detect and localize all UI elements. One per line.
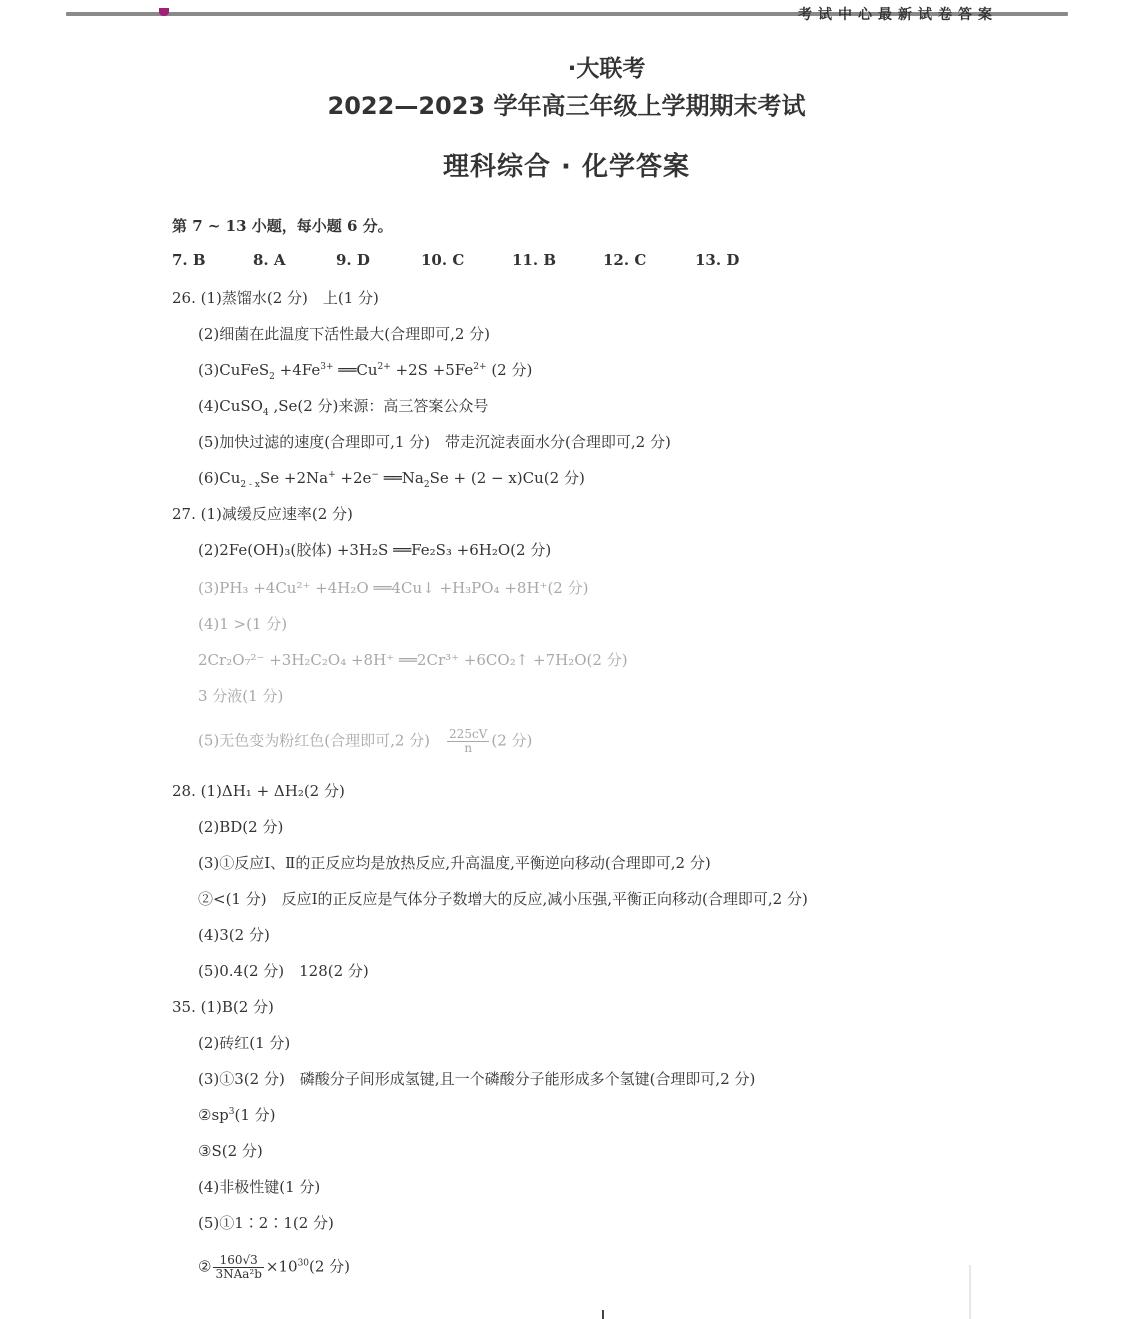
q27-part3: (3)PH₃ +4Cu²⁺ +4H₂O ══4Cu↓ +H₃PO₄ +8H⁺(2…	[198, 577, 588, 598]
mc-answer: 12. C	[603, 251, 646, 269]
q28-part1: 28. (1)ΔH₁ + ΔH₂(2 分)	[172, 780, 345, 801]
mc-answer: 7. B	[172, 251, 206, 269]
mc-answer: 10. C	[421, 251, 464, 269]
mc-heading: 第 7 ~ 13 小题，每小题 6 分。	[172, 215, 393, 236]
q28-part3b: ②<(1 分) 反应Ⅰ的正反应是气体分子数增大的反应,减小压强,平衡正向移动(合…	[198, 888, 808, 909]
q26-part2: (2)细菌在此温度下活性最大(合理即可,2 分)	[198, 323, 490, 344]
q28-part4: (4)3(2 分)	[198, 924, 270, 945]
q35-part1: 35. (1)B(2 分)	[172, 996, 274, 1017]
fraction: 160√33NAa²b	[213, 1254, 263, 1281]
q27-part4-equation: 2Cr₂O₇²⁻ +3H₂C₂O₄ +8H⁺ ══2Cr³⁺ +6CO₂↑ +7…	[198, 649, 628, 670]
q35-part3c: ③S(2 分)	[198, 1140, 263, 1161]
q27-part4-answer: 3 分液(1 分)	[198, 685, 283, 706]
q26-part6: (6)Cu2 - xSe +2Na+ +2e− ══Na2Se + (2 − x…	[198, 467, 585, 490]
header-rule: 考试中心最新试卷答案	[66, 12, 1068, 16]
mc-answer: 9. D	[336, 251, 370, 269]
q35-part5b: ②160√33NAa²b×1030(2 分)	[198, 1254, 350, 1281]
q27-part1: 27. (1)减缓反应速率(2 分)	[172, 503, 353, 524]
q35-part4: (4)非极性键(1 分)	[198, 1176, 320, 1197]
page-edge-line	[969, 1265, 971, 1319]
q35-part3b: ②sp3(1 分)	[198, 1104, 276, 1125]
answer-title: 理科综合 · 化学答案	[0, 146, 1133, 183]
header-right-text: 考试中心最新试卷答案	[798, 4, 998, 24]
exam-brand: ·大联考	[40, 50, 1133, 83]
q26-part1: 26. (1)蒸馏水(2 分) 上(1 分)	[172, 287, 379, 308]
q28-part3: (3)①反应Ⅰ、Ⅱ的正反应均是放热反应,升高温度,平衡逆向移动(合理即可,2 分…	[198, 852, 711, 873]
q35-part5: (5)①1∶2∶1(2 分)	[198, 1212, 334, 1233]
mc-answer: 11. B	[512, 251, 556, 269]
exam-title: 2022—2023 学年高三年级上学期期末考试	[0, 86, 1133, 121]
q26-part5: (5)加快过滤的速度(合理即可,1 分) 带走沉淀表面水分(合理即可,2 分)	[198, 431, 671, 452]
page-number-mark	[602, 1310, 604, 1319]
fraction: 225cVn	[447, 728, 489, 755]
q28-part5: (5)0.4(2 分) 128(2 分)	[198, 960, 369, 981]
mc-answer: 8. A	[253, 251, 286, 269]
q26-part3: (3)CuFeS2 +4Fe3+ ══Cu2+ +2S +5Fe2+ (2 分)	[198, 359, 532, 382]
q27-part4: (4)1 >(1 分)	[198, 613, 287, 634]
q35-part2: (2)砖红(1 分)	[198, 1032, 290, 1053]
q28-part2: (2)BD(2 分)	[198, 816, 283, 837]
q27-part5: (5)无色变为粉红色(合理即可,2 分) 225cVn(2 分)	[198, 728, 532, 755]
q27-part2: (2)2Fe(OH)₃(胶体) +3H₂S ══Fe₂S₃ +6H₂O(2 分)	[198, 539, 551, 560]
q26-part4: (4)CuSO4 ,Se(2 分)来源：高三答案公众号	[198, 395, 488, 418]
q35-part3: (3)①3(2 分) 磷酸分子间形成氢键,且一个磷酸分子能形成多个氢键(合理即可…	[198, 1068, 755, 1089]
mc-answer: 13. D	[695, 251, 739, 269]
header-accent-dot	[159, 8, 169, 16]
